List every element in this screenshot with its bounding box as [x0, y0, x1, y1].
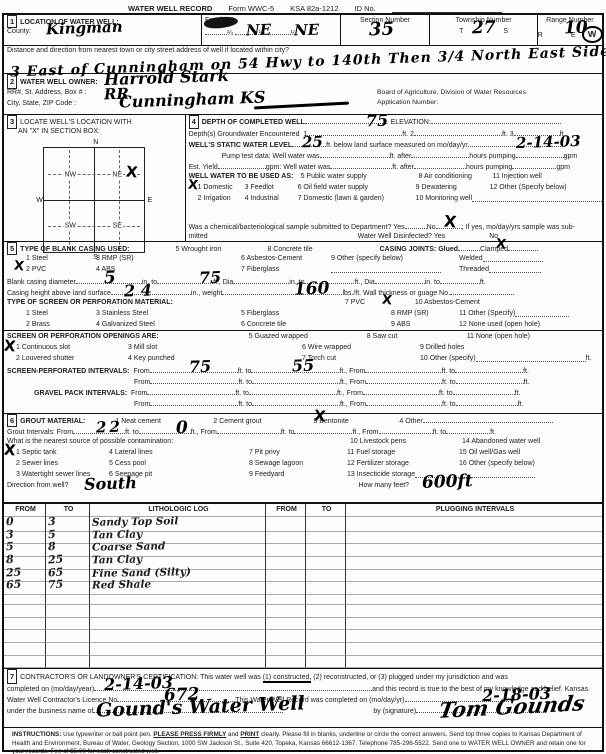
log-row	[4, 605, 602, 618]
cert-business-handwriting: Gound's Water Well	[96, 695, 305, 721]
openings-title: SCREEN OR PERFORATION OPENINGS ARE:	[7, 333, 159, 340]
gp-ft-2: ft.	[518, 401, 524, 408]
cert-signature-handwriting: Tom Gounds	[437, 692, 586, 721]
log-from: 65	[6, 579, 22, 593]
cont-15: 15 Oil well/Gas well	[459, 447, 520, 458]
screen-3: 3 Stainless Steel	[96, 308, 241, 319]
township-s: S	[503, 28, 508, 35]
owner-left: 2WATER WELL OWNER: RR#, St. Address, Box…	[4, 74, 374, 114]
gi-from-2: ft., From	[191, 429, 217, 436]
section-3-locate-box: 3LOCATE WELL'S LOCATION WITH AN "X" IN S…	[4, 115, 186, 241]
casing-3: 3 RMP (SR)	[96, 253, 241, 264]
cont-2: 2 Sewer lines	[16, 458, 109, 469]
county-cell: 1LOCATION OF WATER WELL: County: Kingman	[4, 15, 202, 45]
weight-label: in., weight	[191, 290, 223, 297]
section-box-x-mark: X	[126, 164, 139, 180]
diameter-label: Blank casing diameter	[7, 279, 76, 286]
section-5-openings: SCREEN OR PERFORATION OPENINGS ARE:5 Gua…	[4, 331, 602, 414]
quadrant-se: SE	[112, 223, 123, 230]
township-cell: Township Number TS 27	[430, 15, 537, 45]
cont-9: 9 Feedyard	[249, 469, 347, 480]
joints-label: CASING JOINTS: Glued	[379, 246, 458, 253]
compass-dash-h2	[48, 226, 140, 227]
yield-gpm: gpm	[556, 164, 570, 171]
gw-3: ft. 3	[502, 131, 514, 138]
grout-to-handwriting: 0	[176, 420, 188, 437]
use-5: 5 Public water supply	[301, 171, 419, 182]
section-number-handwriting: 35	[368, 21, 394, 40]
compass-e: E	[148, 197, 153, 204]
diameter-in-to-3: in. to	[425, 279, 440, 286]
casing-title: TYPE OF BLANK CASING USED:	[20, 246, 129, 253]
instructions-label: INSTRUCTIONS:	[12, 731, 61, 738]
cont-5: 5 Cess pool	[109, 458, 249, 469]
sample-tail: ; If yes, mo/day/yrs sample was sub-	[462, 224, 575, 231]
board-label: Board of Agriculture, Division of Water …	[377, 89, 526, 96]
instructions-press-firmly: PLEASE PRESS FIRMLY	[153, 731, 226, 738]
openings-3: 3 Mill slot	[128, 342, 302, 353]
openings-continuous-x-mark: X	[3, 338, 16, 354]
sample-tail-2: mitted	[189, 233, 208, 240]
log-row	[4, 643, 602, 656]
range-handwriting: 10	[563, 20, 587, 38]
weight-unit: lbs./ft. Wall thickness or guage No.	[342, 290, 450, 297]
instructions-print: PRINT	[240, 731, 259, 738]
use-2: 2 Irrigation	[198, 193, 245, 204]
casing-7: 7 Fiberglass	[241, 264, 331, 275]
log-to: 75	[48, 579, 64, 593]
feet-handwriting: 600ft	[422, 473, 473, 492]
openings-10: 10 Other (specify)	[420, 353, 476, 364]
contamination-septic-x-mark: X	[3, 442, 16, 458]
instructions-text: Use typewriter or ball point pen.	[63, 731, 153, 738]
grout-4: 4 Other	[399, 418, 422, 425]
log-desc: Sandy Top Soil	[92, 515, 179, 529]
openings-4: 4 Key punched	[128, 353, 302, 364]
gp-from-4: ft., From	[340, 401, 366, 408]
screen-11: 11 Other (Specify)	[459, 308, 515, 319]
screen-5: 5 Fiberglass	[241, 308, 391, 319]
static-level-label: WELL'S STATIC WATER LEVEL	[189, 142, 293, 149]
gi-to-3: ft. to	[433, 429, 447, 436]
fraction2-handwriting: NE	[294, 23, 320, 39]
height-label: Casing height above land surface	[7, 290, 111, 297]
grout-title: GROUT MATERIAL:	[20, 418, 85, 425]
gp-to-1: ft. to	[235, 390, 249, 397]
sample-no-label: No	[427, 224, 436, 231]
log-row	[4, 656, 602, 669]
diameter-to-handwriting: 75	[199, 270, 222, 287]
screen-8: 8 RMP (SR)	[391, 308, 459, 319]
static-level-handwriting: 25	[301, 135, 322, 151]
fraction1-handwriting: NE	[246, 23, 272, 39]
si-from-2: ft., From	[339, 368, 365, 375]
log-desc: Tan Clay	[92, 554, 142, 568]
screen-intervals-label: SCREEN-PERFORATED INTERVALS:	[7, 368, 130, 375]
use-8: 8 Air conditioning	[419, 171, 493, 182]
gi-to-2: ft. to	[281, 429, 295, 436]
owner-address-label: RR#, St. Address, Box # :	[7, 89, 86, 96]
pump-after: ft. after	[390, 153, 412, 160]
sample-question: Was a chemical/bacteriological sample su…	[189, 224, 405, 231]
use-11: 11 Injection well	[493, 171, 542, 182]
gi-from-3: ft., From	[352, 429, 378, 436]
section-4-well-data: 4DEPTH OF COMPLETED WELLft. ELEVATION: 7…	[186, 115, 602, 241]
screen-1: 1 Steel	[26, 308, 96, 319]
section-2-owner: 2WATER WELL OWNER: RR#, St. Address, Box…	[4, 74, 602, 115]
section-3-4-row: 3LOCATE WELL'S LOCATION WITH AN "X" IN S…	[4, 115, 602, 242]
casing-9: 9 Other (specify below)	[331, 253, 459, 264]
screen-material-title: TYPE OF SCREEN OR PERFORATION MATERIAL:	[7, 299, 173, 306]
gi-ft: ft.	[490, 429, 496, 436]
owner-title: WATER WELL OWNER:	[20, 79, 98, 86]
section-1-location-row: 1LOCATION OF WATER WELL: County: Kingman…	[4, 15, 602, 46]
casing-2-pvc: 2 PVC	[26, 264, 96, 275]
yield-after: ft. after	[392, 164, 414, 171]
range-r: R	[538, 32, 543, 39]
groundwater-label: Depth(s) Groundwater Encountered	[189, 131, 300, 138]
application-number-label: Application Number:	[377, 99, 438, 106]
compass-n: N	[93, 139, 98, 146]
elevation-label: ft. ELEVATION:	[383, 119, 431, 126]
gi-to: ft. to	[125, 429, 139, 436]
cont-13: 13 Insecticide storage	[347, 469, 415, 480]
use-9: 9 Dewatering	[416, 182, 490, 193]
use-3: 3 Feedlot	[245, 182, 298, 193]
gp-from-1: From	[131, 390, 147, 397]
openings-8: 8 Saw cut	[367, 331, 467, 342]
cont-1-septic: 1 Septic tank	[16, 447, 109, 458]
cont-11: 11 Fuel storage	[347, 447, 459, 458]
screen-7-pvc: 7 PVC	[345, 297, 415, 308]
cert-completed-label: completed on (mo/day/year)	[7, 686, 94, 693]
quarter-mark-1: ¼	[227, 30, 233, 37]
si-to-1: ft. to	[238, 368, 252, 375]
height-handwriting: 2 4	[124, 283, 152, 300]
county-value-handwriting: Kingman	[46, 20, 123, 38]
quadrant-nw: NW	[63, 172, 77, 179]
locate-title-1: LOCATE WELL'S LOCATION WITH	[20, 119, 132, 126]
section-5-casing: 5TYPE OF BLANK CASING USED:5 Wrought iro…	[4, 242, 602, 331]
log-row: 6575Red Shale	[4, 579, 602, 592]
cert-business-label: under the business name of	[7, 708, 93, 715]
direction-label: Direction from well?	[7, 482, 68, 489]
log-desc: Tan Clay	[92, 528, 142, 542]
gravel-label: GRAVEL PACK INTERVALS:	[34, 390, 127, 397]
screen-6: 6 Concrete tile	[241, 319, 391, 330]
id-blank-line	[392, 4, 502, 13]
joints-welded: Welded	[459, 253, 483, 264]
log-desc: Coarse Sand	[92, 541, 166, 555]
weight-handwriting: 160	[294, 280, 330, 298]
compass-dash-v2	[119, 150, 120, 250]
use-4: 4 Industrial	[245, 193, 298, 204]
form-body: 1LOCATION OF WATER WELL: County: Kingman…	[2, 13, 604, 752]
gp-ft-1: ft.	[515, 390, 521, 397]
screen-4: 4 Galvanized Steel	[96, 319, 241, 330]
si-ft-1: ft.	[523, 368, 529, 375]
use-domestic-x-mark: X	[187, 179, 198, 193]
form-title: WATER WELL RECORD	[128, 4, 212, 13]
gp-from-3: From	[134, 401, 150, 408]
diameter-handwriting: 5	[104, 270, 116, 287]
cert-rest: (2) reconstructed, or (3) plugged under …	[313, 674, 508, 681]
openings-2: 2 Louvered shutter	[16, 353, 128, 364]
pump-gpm: gpm	[564, 153, 578, 160]
log-table-header: FROM TO LITHOLOGIC LOG FROM TO PLUGGING …	[4, 504, 602, 516]
water-well-record-form: WATER WELL RECORD Form WWC-5 KSA 82a-121…	[0, 0, 606, 754]
pump-test-label: Pump test data: Well water was	[222, 153, 320, 160]
form-header: WATER WELL RECORD Form WWC-5 KSA 82a-121…	[0, 0, 606, 13]
joints-threaded: Threaded	[459, 264, 489, 275]
section-number-cell: Section Number 35	[341, 15, 431, 45]
form-instructions: INSTRUCTIONS: Use typewriter or ball poi…	[4, 728, 602, 754]
openings-11: 11 None (open hole)	[467, 333, 530, 340]
quadrant-ne: NE	[111, 172, 123, 179]
section-7-certification: 7CONTRACTOR'S OR LANDOWNER'S CERTIFICATI…	[4, 668, 602, 728]
log-row: 03Sandy Top Soil	[4, 516, 602, 529]
static-mid-label: ft. below land surface measured on mo/da…	[326, 142, 468, 149]
interval-from-handwriting: 75	[189, 359, 212, 376]
compass-w: W	[36, 197, 43, 204]
cont-8: 8 Sewage lagoon	[249, 458, 347, 469]
si-to-2: ft. to	[441, 368, 455, 375]
interval-to-handwriting: 55	[292, 358, 315, 375]
compass-dash-v1	[69, 150, 70, 250]
depth-handwriting: 75	[365, 113, 388, 130]
cont-14: 14 Abandoned water well	[462, 436, 540, 447]
locate-title-2: AN "X" IN SECTION BOX:	[18, 128, 100, 135]
use-10: 10 Monitoring well	[416, 193, 472, 204]
yield-mid: gpm: Well water was	[266, 164, 330, 171]
range-cell: Range Number REW 10	[538, 15, 602, 45]
screen-12: 12 None used (open hole)	[459, 319, 540, 330]
openings-7: 7 Torch cut	[302, 353, 420, 364]
openings-6: 6 Wire wrapped	[302, 342, 420, 353]
cont-10: 10 Livestock pens	[350, 436, 462, 447]
quadrant-sw: SW	[64, 223, 77, 230]
id-label: ID No.	[355, 4, 376, 13]
screen-10: 10 Asbestos-Cement	[415, 299, 480, 306]
cont-16: 16 Other (specify below)	[459, 458, 535, 469]
log-row: 35Tan Clay	[4, 529, 602, 542]
log-row	[4, 592, 602, 605]
yield-hours: hours pumping	[466, 164, 512, 171]
compass-horizontal-line	[44, 200, 144, 201]
openings-9: 9 Drilled holes	[420, 342, 464, 353]
feet-label: How many feet?	[358, 482, 409, 489]
owner-city-label: City, State, ZIP Code :	[7, 100, 76, 107]
use-6: 6 Oil field water supply	[298, 182, 416, 193]
log-row: 825Tan Clay	[4, 554, 602, 567]
casing-1: 1 Steel	[26, 253, 96, 264]
log-row: 2565Fine Sand (Silty)	[4, 567, 602, 580]
screen-pvc-x-mark: X	[381, 294, 392, 308]
gp-to-4: ft. to	[442, 401, 456, 408]
diameter-ft: ft.	[480, 279, 486, 286]
si-to-3: ft. to	[238, 379, 252, 386]
owner-right: Board of Agriculture, Division of Water …	[374, 74, 602, 114]
openings-5: 5 Guazed wrapped	[249, 331, 367, 342]
section-6-grout: 6GROUT MATERIAL:1 Neat cement2 Cement gr…	[4, 414, 602, 503]
static-date-handwriting: 2-14-03	[515, 134, 580, 151]
joints-glued-x-mark: X	[495, 238, 506, 252]
cont-7: 7 Pit privy	[249, 447, 347, 458]
instructions-constructed: constructed	[112, 748, 145, 754]
si-from-1: From	[133, 368, 149, 375]
form-number: Form WWC-5	[228, 4, 274, 13]
disinfected-label: Water Well Disinfected? Yes	[358, 233, 446, 240]
distance-row: Distance and direction from nearest town…	[4, 46, 602, 74]
screen-2: 2 Brass	[26, 319, 96, 330]
use-12: 12 Other (Specify below)	[490, 182, 567, 193]
diameter-ft-dia-2: ft., Dia	[354, 279, 374, 286]
statute: KSA 82a-1212	[290, 4, 338, 13]
log-row	[4, 618, 602, 631]
gp-from-2: ft., From	[337, 390, 363, 397]
direction-handwriting: South	[84, 475, 137, 493]
openings-ft: ft.	[586, 353, 592, 364]
cert-signature-label: by (signature)	[373, 708, 416, 715]
grout-bentonite-x-mark: X	[313, 408, 326, 424]
casing-pvc-x-mark: X	[13, 260, 24, 274]
screen-9: 9 ABS	[391, 319, 459, 330]
township-t: T	[459, 28, 463, 35]
cont-4: 4 Lateral lines	[109, 447, 249, 458]
instructions-text: and	[226, 731, 240, 738]
yield-label: Est. Yield	[189, 164, 218, 171]
grout-intervals-label: Grout Intervals: From	[7, 429, 73, 436]
log-row: 58Coarse Sand	[4, 541, 602, 554]
gw-2: ft. 2	[402, 131, 414, 138]
pump-hours: hours pumping	[469, 153, 515, 160]
use-1-domestic: 1 Domestic	[198, 182, 245, 193]
section-compass-box: N S W E NW NE SW SE X	[43, 147, 145, 253]
log-row	[4, 630, 602, 643]
lithologic-log-table: FROM TO LITHOLOGIC LOG FROM TO PLUGGING …	[4, 503, 602, 668]
si-to-4: ft. to	[442, 379, 456, 386]
casing-6: 6 Asbestos-Cement	[241, 253, 331, 264]
si-from-4: ft., From	[340, 379, 366, 386]
fraction-cell: Fraction ¼ ¼ ¼ NE NE	[202, 15, 341, 45]
gp-to-2: ft. to	[439, 390, 453, 397]
county-label: County:	[7, 28, 31, 35]
log-desc: Red Shale	[92, 579, 151, 593]
gp-to-3: ft. to	[238, 401, 252, 408]
depth-label: DEPTH OF COMPLETED WELL	[202, 119, 305, 126]
township-handwriting: 27	[472, 20, 496, 38]
grout-from-handwriting: 22	[96, 420, 123, 436]
distance-label: Distance and direction from nearest town…	[7, 47, 289, 54]
si-ft-2: ft.	[524, 379, 530, 386]
openings-1-continuous: 1 Continuous slot	[16, 342, 128, 353]
use-7: 7 Domestic (lawn & garden)	[298, 193, 416, 204]
si-from-3: From	[134, 379, 150, 386]
use-title: WELL WATER TO BE USED AS:	[189, 171, 301, 182]
instructions-text: well.	[145, 748, 159, 754]
sample-no-x-mark: X	[443, 213, 457, 230]
cont-12: 12 Fertilizer storage	[347, 458, 459, 469]
cert-completed-date-handwriting: 2-14-03	[104, 675, 173, 693]
